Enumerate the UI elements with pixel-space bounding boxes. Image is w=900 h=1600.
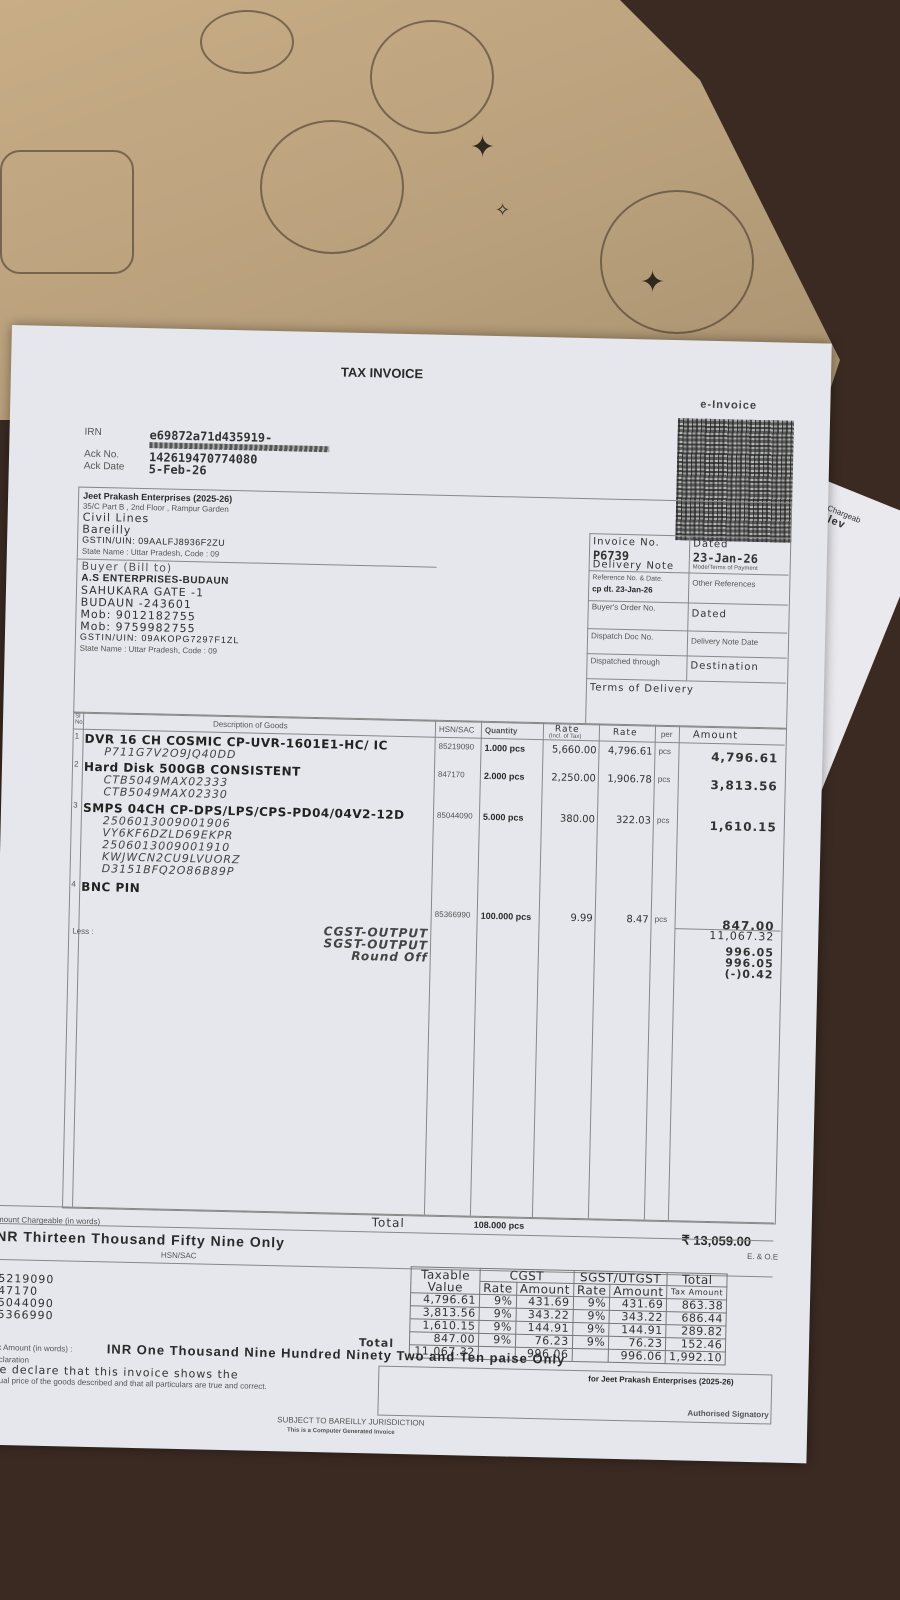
people-doodle-icon — [0, 150, 134, 274]
dispatched-through-label: Dispatched through — [590, 656, 660, 667]
tax-cell-cgst-rate: 9% — [478, 1333, 515, 1347]
row-per: pcs — [658, 775, 671, 784]
tax-cell-cgst-amt: 431.69 — [516, 1295, 573, 1309]
tax-cell-cgst-amt: 76.23 — [515, 1334, 572, 1348]
row-rate: 322.03 — [599, 814, 651, 826]
reference-value: cp dt. 23-Jan-26 — [592, 584, 653, 594]
tax-cell-cgst-amt: 343.22 — [516, 1308, 573, 1322]
row-sl: 2 — [74, 760, 79, 769]
row-rate: 4,796.61 — [600, 745, 652, 757]
row-per: pcs — [655, 915, 668, 924]
row-sl: 1 — [75, 732, 80, 741]
flower-doodle-icon — [600, 190, 754, 334]
tax-hsn-list: 852190908471708504409085366990 — [0, 1273, 54, 1322]
cgst-amount-header: Amount — [516, 1282, 573, 1296]
dated-label: Dated — [693, 539, 728, 551]
computer-generated-text: This is a Computer Generated Invoice — [287, 1428, 395, 1436]
row-amount: 4,796.61 — [682, 749, 778, 765]
row-hsn: 847170 — [438, 770, 465, 780]
row-rate: 1,906.78 — [600, 773, 652, 785]
quantity-header: Quantity — [485, 726, 518, 736]
subtotal-amount: 11,067.32 — [678, 928, 774, 943]
description-header: Description of Goods — [213, 720, 288, 731]
sl-header: Sl No. — [75, 714, 83, 726]
row-rate-incl: 2,250.00 — [544, 772, 596, 784]
per-header: per — [661, 730, 673, 739]
total-sgst: 996.06 — [608, 1349, 665, 1363]
document-title: TAX INVOICE — [341, 364, 423, 381]
other-references-label: Other References — [692, 579, 755, 589]
star-doodle-icon: ✦ — [640, 265, 665, 300]
delivery-note-label: Delivery Note — [593, 559, 675, 572]
jurisdiction-text: SUBJECT TO BAREILLY JURISDICTION — [277, 1415, 424, 1427]
sgst-amount-header: Amount — [610, 1284, 667, 1298]
tax-cell-sgst-amt: 144.91 — [609, 1323, 666, 1337]
invoice-no-label: Invoice No. — [593, 536, 660, 549]
row-per: pcs — [657, 816, 670, 825]
rate-header: Rate — [613, 728, 638, 739]
row-amount: 3,813.56 — [682, 777, 778, 793]
star-doodle-icon: ✧ — [495, 200, 510, 221]
ack-date-label: Ack Date — [84, 461, 125, 473]
total-label: Total — [372, 1215, 405, 1230]
tax-cell-sgst-rate: 9% — [572, 1322, 609, 1336]
tax-cell-sgst-amt: 343.22 — [609, 1310, 666, 1324]
total-tax: 1,992.10 — [665, 1351, 725, 1365]
delivery-note-date-label: Delivery Note Date — [691, 636, 758, 647]
cgst-rate-header: Rate — [480, 1281, 517, 1295]
tax-hsn-header: HSN/SAC — [161, 1251, 197, 1261]
row-per: pcs — [658, 747, 671, 756]
amount-words-label: Amount Chargeable (in words) — [0, 1215, 100, 1226]
less-label: Less : — [72, 927, 94, 936]
irn-label: IRN — [84, 427, 101, 438]
buyers-order-label: Buyer's Order No. — [592, 602, 656, 612]
row-quantity: 2.000 pcs — [484, 771, 525, 782]
tax-cell-sgst-rate: 9% — [573, 1309, 610, 1323]
buyers-order-dated-label: Dated — [691, 608, 726, 620]
tax-hsn-code: 85366990 — [0, 1309, 54, 1322]
adjustment-amount: (-)0.42 — [677, 966, 773, 981]
star-doodle-icon: ✦ — [470, 130, 495, 165]
amount-header: Amount — [693, 730, 739, 742]
row-quantity: 1.000 pcs — [484, 743, 525, 754]
invoice-paper: TAX INVOICE e-Invoice IRN e69872a71d4359… — [0, 325, 832, 1463]
row-hsn: 85219090 — [438, 742, 474, 752]
tax-cell-cgst-rate: 9% — [479, 1294, 516, 1308]
total-tax-header: Total — [667, 1273, 727, 1287]
row-hsn: 85366990 — [435, 910, 471, 920]
row-sl: 3 — [73, 801, 78, 810]
tax-cell-cgst-rate: 9% — [479, 1320, 516, 1334]
row-sl: 4 — [71, 879, 76, 888]
tax-cell-sgst-rate: 9% — [572, 1335, 609, 1349]
ack-no-label: Ack No. — [84, 449, 119, 461]
dispatch-doc-label: Dispatch Doc No. — [591, 631, 653, 641]
ack-date-value: 5-Feb-26 — [149, 462, 207, 477]
row-rate-incl: 9.99 — [541, 912, 593, 924]
tax-words-label: Tax Amount (in words) : — [0, 1343, 72, 1354]
dated-value: 23-Jan-26 — [693, 551, 758, 566]
flower-doodle-icon — [200, 10, 294, 74]
sgst-rate-header: Rate — [573, 1283, 610, 1297]
total-amount: ₹ 13,059.00 — [681, 1232, 751, 1250]
amount-in-words: INR Thirteen Thousand Fifty Nine Only — [0, 1228, 285, 1251]
tax-cell-sgst-amt: 76.23 — [609, 1336, 666, 1350]
tax-cell-cgst-rate: 9% — [479, 1307, 516, 1321]
row-amount: 1,610.15 — [681, 818, 777, 834]
tax-cell-sgst-rate: 9% — [573, 1296, 610, 1310]
row-description: BNC PIN — [81, 880, 140, 895]
row-rate: 8.47 — [597, 913, 649, 925]
flower-doodle-icon — [260, 120, 404, 254]
terms-delivery-label: Terms of Delivery — [590, 682, 694, 695]
authorised-signatory-label: Authorised Signatory — [687, 1409, 769, 1420]
rate-incl-sub-header: (Incl. of Tax) — [549, 733, 582, 740]
row-hsn: 85044090 — [437, 811, 473, 821]
hsn-header: HSN/SAC — [439, 725, 475, 735]
row-rate-incl: 380.00 — [543, 813, 595, 825]
row-quantity: 5.000 pcs — [483, 812, 524, 823]
tax-cell-sgst-amt: 431.69 — [609, 1297, 666, 1311]
row-quantity: 100.000 pcs — [481, 911, 532, 922]
taxable-header: Taxable Value — [411, 1267, 481, 1295]
tax-cell-cgst-amt: 144.91 — [515, 1321, 572, 1335]
row-rate-incl: 5,660.00 — [544, 744, 596, 756]
total-quantity: 108.000 pcs — [474, 1220, 525, 1231]
background-table — [0, 1440, 900, 1600]
destination-label: Destination — [690, 660, 759, 673]
einvoice-label: e-Invoice — [700, 399, 757, 412]
flower-doodle-icon — [370, 20, 494, 134]
eoe-label: E. & O.E — [747, 1252, 778, 1262]
